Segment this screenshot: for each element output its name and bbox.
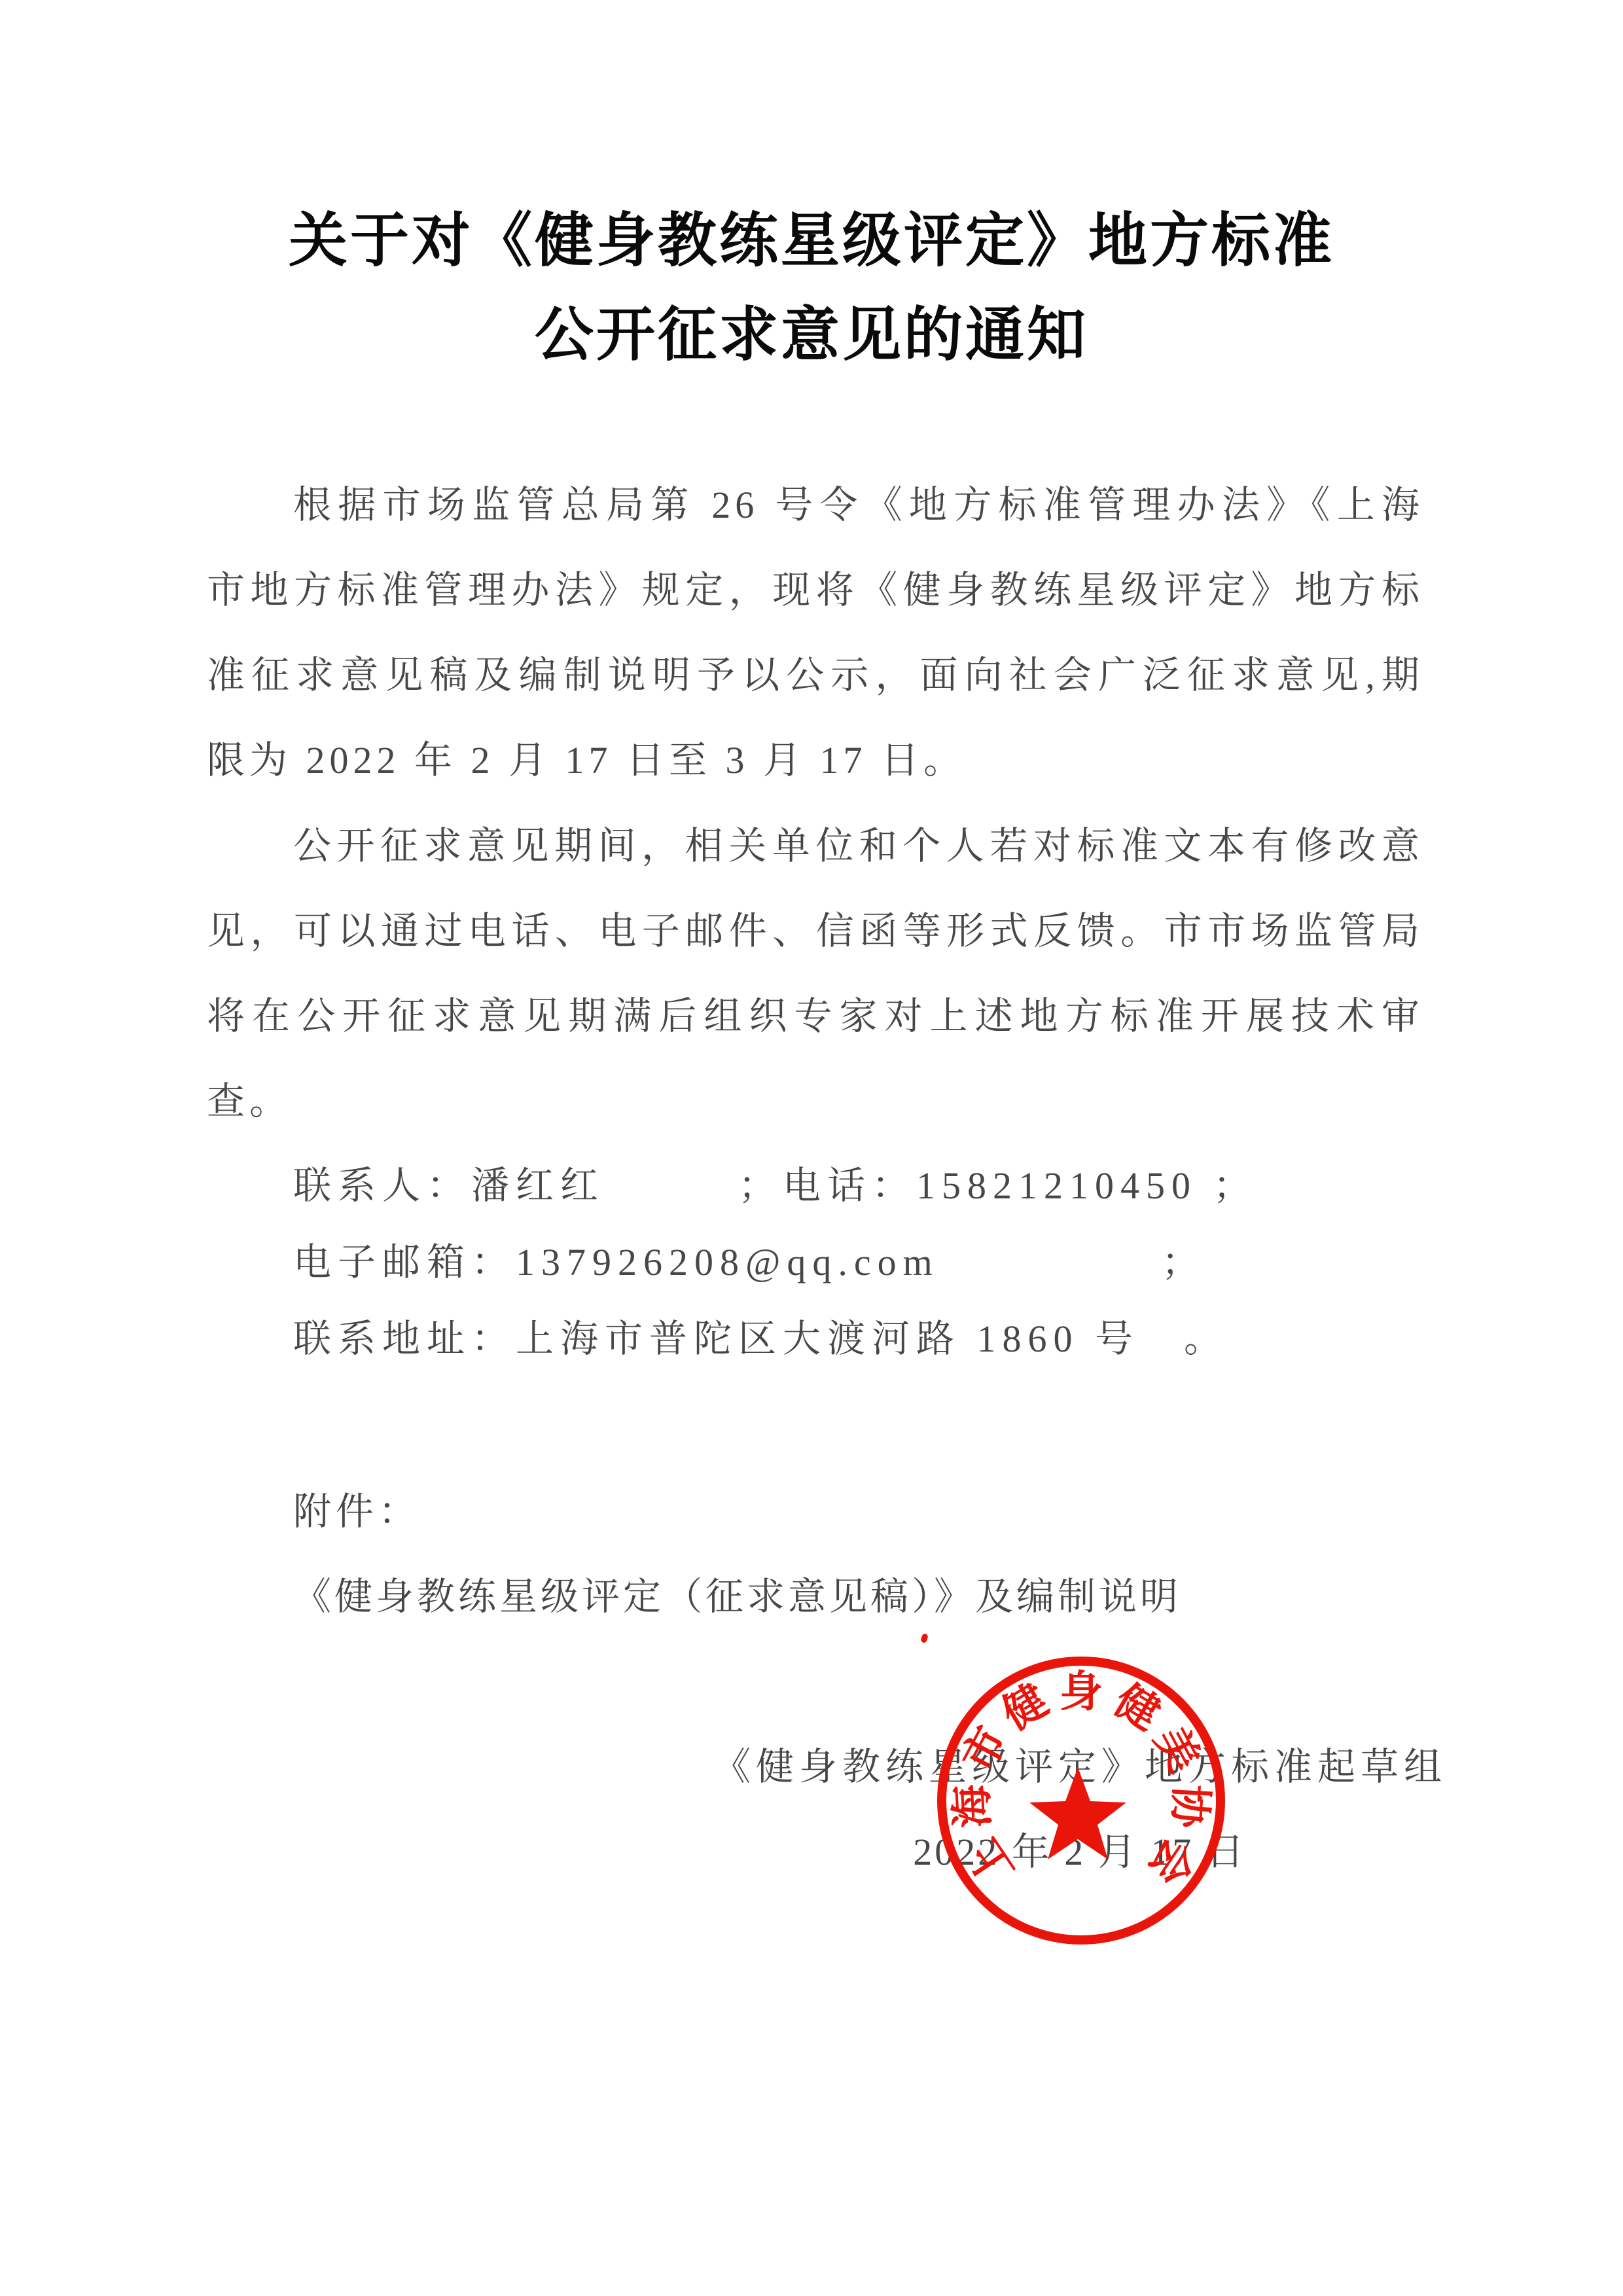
title-line-2: 公开征求意见的通知 — [0, 288, 1623, 382]
notice-document-page: 关于对《健身教练星级评定》地方标准 公开征求意见的通知 根据市场监管总局第 26… — [0, 0, 1623, 2296]
paragraph-line: 市地方标准管理办法》规定，现将《健身教练星级评定》地方标 — [207, 548, 1424, 633]
attachment-section: 附件： — [207, 1469, 1424, 1554]
paragraph-line: 见，可以通过电话、电子邮件、信函等形式反馈。市市场监管局 — [207, 889, 1424, 974]
paragraph-line: 公开征求意见期间，相关单位和个人若对标准文本有修改意 — [207, 804, 1424, 889]
signature-block: 《健身教练星级评定》地方标准起草组 2022 年 2 月 17 日 — [654, 1725, 1505, 1895]
paragraph-line: 准征求意见稿及编制说明予以公示，面向社会广泛征求意见,期 — [207, 633, 1424, 718]
signature-org: 《健身教练星级评定》地方标准起草组 — [654, 1725, 1505, 1810]
paragraph-line: 限为 2022 年 2 月 17 日至 3 月 17 日。 — [207, 718, 1424, 803]
paragraph-line: 将在公开征求意见期满后组织专家对上述地方标准开展技术审 — [207, 974, 1424, 1059]
contact-block: 联系人：潘红红 ；电话：15821210450 ； 电子邮箱：137926208… — [207, 1147, 1424, 1377]
signature-date: 2022 年 2 月 17 日 — [654, 1810, 1505, 1895]
contact-email-line: 电子邮箱：137926208@qq.com ； — [207, 1224, 1424, 1300]
paragraph-1: 根据市场监管总局第 26 号令《地方标准管理办法》《上海 市地方标准管理办法》规… — [207, 463, 1424, 803]
paragraph-line: 查。 — [207, 1059, 1424, 1144]
contact-person-line: 联系人：潘红红 ；电话：15821210450 ； — [207, 1147, 1424, 1224]
title-line-1: 关于对《健身教练星级评定》地方标准 — [0, 194, 1623, 288]
page-title: 关于对《健身教练星级评定》地方标准 公开征求意见的通知 — [0, 194, 1623, 382]
attachment-label: 附件： — [207, 1469, 1424, 1554]
paragraph-2: 公开征求意见期间，相关单位和个人若对标准文本有修改意 见，可以通过电话、电子邮件… — [207, 804, 1424, 1144]
paragraph-line: 根据市场监管总局第 26 号令《地方标准管理办法》《上海 — [207, 463, 1424, 548]
seal-char: 身 — [1060, 1667, 1103, 1715]
attachment-item: 《健身教练星级评定（征求意见稿）》及编制说明 — [207, 1554, 1424, 1640]
contact-address-line: 联系地址：上海市普陀区大渡河路 1860 号 。 — [207, 1300, 1424, 1377]
attachment-item-section: 《健身教练星级评定（征求意见稿）》及编制说明 — [207, 1554, 1424, 1640]
